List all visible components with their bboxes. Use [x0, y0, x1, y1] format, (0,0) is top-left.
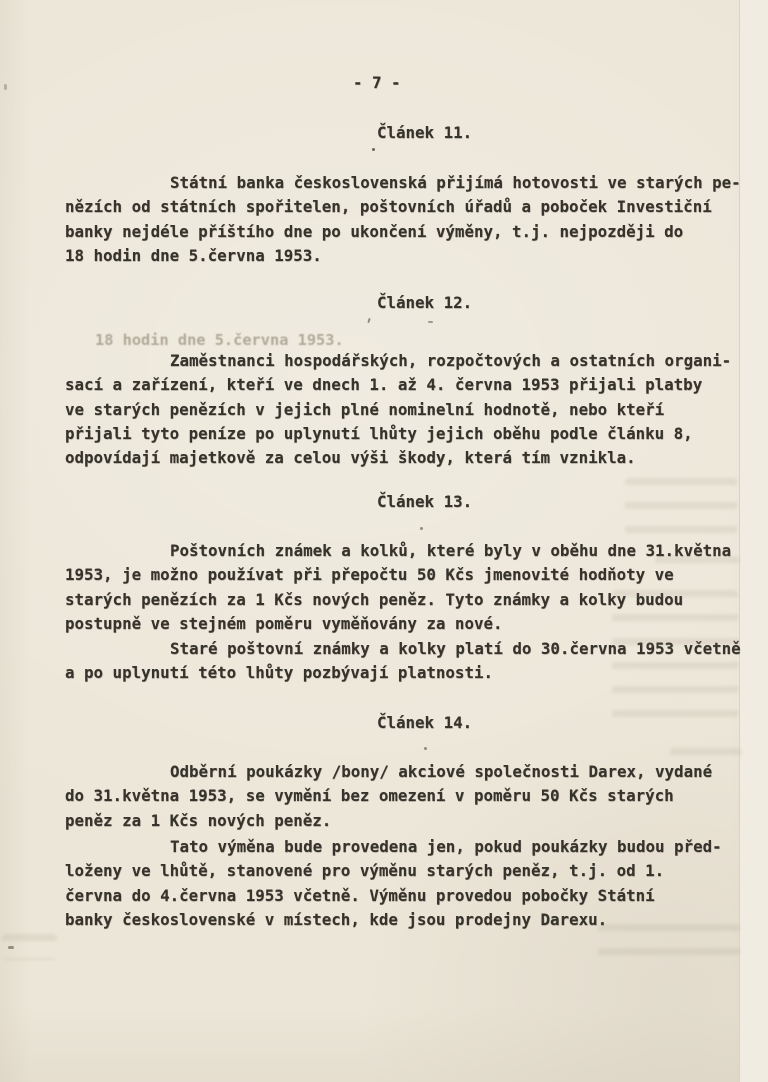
text-line: 1953, je možno používat při přepočtu 50 … [65, 563, 745, 587]
text-line: Odběrní poukázky /bony/ akciové společno… [65, 760, 745, 784]
ink-speck [420, 527, 423, 530]
ink-speck [367, 318, 370, 323]
text-line: sací a zařízení, kteří ve dnech 1. až 4.… [65, 373, 745, 397]
article-11-paragraph-1: Státní banka československá přijímá hoto… [65, 171, 745, 268]
text-line: Zaměstnanci hospodářských, rozpočtových … [65, 349, 745, 373]
text-line: přijali tyto peníze po uplynutí lhůty je… [65, 422, 745, 446]
article-14-heading: Článek 14. [377, 711, 472, 735]
ink-speck [8, 946, 14, 949]
bleed-through-smudge [625, 478, 737, 534]
text-line: června do 4.června 1953 včetně. Výměnu p… [65, 884, 745, 908]
bleed-through-smudge [655, 556, 740, 576]
text-line: peněz za 1 Kčs nových peněz. [65, 809, 745, 833]
article-12-paragraph-1: Zaměstnanci hospodářských, rozpočtových … [65, 349, 745, 470]
article-14-paragraph-2: Tato výměna bude provedena jen, pokud po… [65, 835, 745, 932]
text-line: do 31.května 1953, se vymění bez omezení… [65, 784, 745, 808]
text-line: odpovídají majetkově za celou výši škody… [65, 446, 745, 470]
text-line: loženy ve lhůtě, stanovené pro výměnu st… [65, 859, 745, 883]
text-line: Státní banka československá přijímá hoto… [65, 171, 745, 195]
text-line: banky nejdéle příštího dne po ukončení v… [65, 220, 745, 244]
page-number: - 7 - [353, 71, 401, 95]
text-line: Tato výměna bude provedena jen, pokud po… [65, 835, 745, 859]
article-13-heading: Článek 13. [377, 490, 472, 514]
text-line: ve starých penězích v jejich plné nomine… [65, 398, 745, 422]
scanned-document-page: - 7 - Článek 11. Státní banka českoslove… [0, 0, 768, 1082]
ink-speck [424, 747, 427, 750]
ink-speck [372, 148, 375, 151]
ink-speck [428, 321, 433, 323]
ink-speck [4, 84, 7, 90]
text-line: Poštovních známek a kolků, které byly v … [65, 539, 745, 563]
article-12-heading: Článek 12. [377, 291, 472, 315]
bleed-through-smudge [670, 748, 742, 762]
bleed-through-smudge [612, 590, 738, 720]
text-line: nězích od státních spořitelen, poštovníc… [65, 195, 745, 219]
text-line: 18 hodin dne 5.června 1953. [65, 244, 745, 268]
article-14-paragraph-1: Odběrní poukázky /bony/ akciové společno… [65, 760, 745, 833]
article-11-heading: Článek 11. [377, 121, 472, 145]
bleed-through-smudge [598, 924, 740, 964]
